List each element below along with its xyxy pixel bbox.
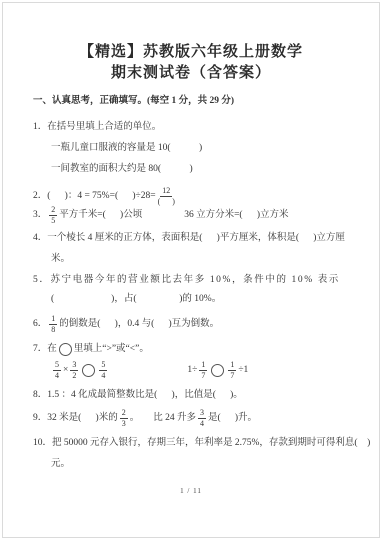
- text-run: 9．32 米是( )米的: [33, 409, 118, 428]
- question-2: 2．( )：4 = 75%=( )÷28=12( ): [33, 187, 357, 206]
- text-run: 3．: [33, 206, 47, 225]
- text-run: 是( )升。: [208, 409, 257, 428]
- question-line: 5．苏宁电器今年的营业额比去年多 10%，条件中的 10% 表示: [33, 271, 357, 290]
- text-run: 平方千米=( )公顷: [59, 206, 142, 225]
- fraction-denominator: 4: [101, 371, 105, 380]
- text-run: 8．1.5 ：4 化成最简整数比是( )，比值是( )。: [33, 386, 243, 405]
- question-line: 54×32541÷1717÷1: [51, 361, 357, 380]
- question-4: 4．一个棱长 4 厘米的正方体，表面积是( )平方厘米，体积是( )立方厘 米。: [33, 229, 357, 269]
- question-line: 米。: [51, 250, 357, 269]
- text-run: ( )，占( )的 10%。: [51, 290, 221, 309]
- text-run: 比 24 升多: [153, 409, 196, 428]
- fraction: 17: [228, 361, 236, 380]
- text-run: 6．: [33, 315, 47, 334]
- fraction: 25: [49, 206, 57, 225]
- question-9: 9．32 米是( )米的23。比 24 升多34是( )升。: [33, 409, 357, 428]
- fraction: 18: [49, 315, 57, 334]
- text-run: 一瓶儿童口服液的容量是 10( ): [51, 139, 202, 158]
- question-line: 2．( )：4 = 75%=( )÷28=12( ): [33, 187, 357, 206]
- fraction-denominator: 4: [200, 419, 204, 428]
- fraction-numerator: 12: [160, 187, 172, 197]
- text-run: 10．把 50000 元存入银行，存期三年，年利率是 2.75%，存款到期时可得…: [33, 434, 370, 453]
- fraction-numerator: 1: [199, 361, 207, 371]
- fraction-denominator: 8: [51, 325, 55, 334]
- comparison-circle: [59, 343, 72, 356]
- text-run: 元。: [51, 455, 70, 474]
- question-10: 10．把 50000 元存入银行，存期三年，年利率是 2.75%，存款到期时可得…: [33, 434, 357, 474]
- question-line: 1．在括号里填上合适的单位。: [33, 118, 357, 137]
- test-paper-page: 【精选】苏教版六年级上册数学 期末测试卷（含答案） 一、认真思考，正确填写。(每…: [2, 2, 380, 538]
- page-number: 1 / 11: [3, 487, 379, 495]
- fraction-numerator: 5: [99, 361, 107, 371]
- fraction-numerator: 1: [49, 315, 57, 325]
- text-run: 的倒数是( )，0.4 与( )互为倒数。: [59, 315, 219, 334]
- question-line: 8．1.5 ：4 化成最简整数比是( )，比值是( )。: [33, 386, 357, 405]
- section-heading: 一、认真思考，正确填写。(每空 1 分，共 29 分): [33, 92, 355, 106]
- fraction-denominator: 7: [201, 371, 205, 380]
- question-line: ( )，占( )的 10%。: [51, 290, 357, 309]
- fraction: 32: [70, 361, 78, 380]
- text-run: 36 立方分米=( )立方米: [184, 206, 288, 225]
- question-5: 5．苏宁电器今年的营业额比去年多 10%，条件中的 10% 表示 ( )，占( …: [33, 271, 357, 309]
- question-1: 1．在括号里填上合适的单位。 一瓶儿童口服液的容量是 10( ) 一间教室的面积…: [33, 118, 357, 179]
- fraction: 23: [120, 409, 128, 428]
- question-line: 3．25平方千米=( )公顷36 立方分米=( )立方米: [33, 206, 357, 225]
- text-run: 米。: [51, 250, 70, 269]
- fraction-numerator: 5: [53, 361, 61, 371]
- question-8: 8．1.5 ：4 化成最简整数比是( )，比值是( )。: [33, 386, 357, 405]
- question-line: 一间教室的面积大约是 80( ): [51, 160, 357, 179]
- fraction-denominator: 3: [122, 419, 126, 428]
- fraction: 12( ): [158, 187, 175, 206]
- fraction-denominator: 7: [230, 371, 234, 380]
- text-run: 7．在: [33, 340, 57, 359]
- text-run: 1．在括号里填上合适的单位。: [33, 118, 161, 137]
- fraction-numerator: 3: [70, 361, 78, 371]
- fraction: 17: [199, 361, 207, 380]
- question-line: 7．在里填上“>”或“<”。: [33, 340, 357, 359]
- fraction-denominator: ( ): [158, 197, 175, 206]
- horizontal-gap: [109, 370, 187, 371]
- fraction: 54: [99, 361, 107, 380]
- question-line: 元。: [51, 455, 357, 474]
- fraction: 34: [198, 409, 206, 428]
- document-title: 【精选】苏教版六年级上册数学 期末测试卷（含答案）: [3, 42, 379, 84]
- comparison-circle: [82, 364, 95, 377]
- fraction-denominator: 2: [72, 371, 76, 380]
- horizontal-gap: [142, 215, 184, 216]
- fraction-denominator: 5: [51, 216, 55, 225]
- text-run: 5．苏宁电器今年的营业额比去年多 10%，条件中的 10% 表示: [33, 271, 340, 290]
- questions-list: 1．在括号里填上合适的单位。 一瓶儿童口服液的容量是 10( ) 一间教室的面积…: [3, 118, 379, 474]
- fraction: 54: [53, 361, 61, 380]
- comparison-circle: [211, 364, 224, 377]
- fraction-numerator: 2: [49, 206, 57, 216]
- fraction-denominator: 4: [55, 371, 59, 380]
- text-run: 1÷: [187, 361, 197, 380]
- question-line: 4．一个棱长 4 厘米的正方体，表面积是( )平方厘米，体积是( )立方厘: [33, 229, 357, 248]
- text-run: ÷1: [238, 361, 248, 380]
- question-6: 6．18的倒数是( )，0.4 与( )互为倒数。: [33, 315, 357, 334]
- text-run: 4．一个棱长 4 厘米的正方体，表面积是( )平方厘米，体积是( )立方厘: [33, 229, 345, 248]
- text-run: ×: [63, 361, 68, 380]
- question-3: 3．25平方千米=( )公顷36 立方分米=( )立方米: [33, 206, 357, 225]
- fraction-numerator: 2: [120, 409, 128, 419]
- horizontal-gap: [139, 418, 153, 419]
- text-run: 。: [130, 409, 140, 428]
- question-line: 9．32 米是( )米的23。比 24 升多34是( )升。: [33, 409, 357, 428]
- text-run: 2．( )：4 = 75%=( )÷28=: [33, 187, 156, 206]
- question-line: 6．18的倒数是( )，0.4 与( )互为倒数。: [33, 315, 357, 334]
- question-line: 一瓶儿童口服液的容量是 10( ): [51, 139, 357, 158]
- question-7: 7．在里填上“>”或“<”。 54×32541÷1717÷1: [33, 340, 357, 380]
- question-line: 10．把 50000 元存入银行，存期三年，年利率是 2.75%，存款到期时可得…: [33, 434, 357, 453]
- title-line-2: 期末测试卷（含答案）: [111, 65, 271, 81]
- fraction-numerator: 3: [198, 409, 206, 419]
- fraction-numerator: 1: [228, 361, 236, 371]
- text-run: 一间教室的面积大约是 80( ): [51, 160, 193, 179]
- text-run: 里填上“>”或“<”。: [74, 340, 149, 359]
- title-line-1: 【精选】苏教版六年级上册数学: [79, 44, 303, 60]
